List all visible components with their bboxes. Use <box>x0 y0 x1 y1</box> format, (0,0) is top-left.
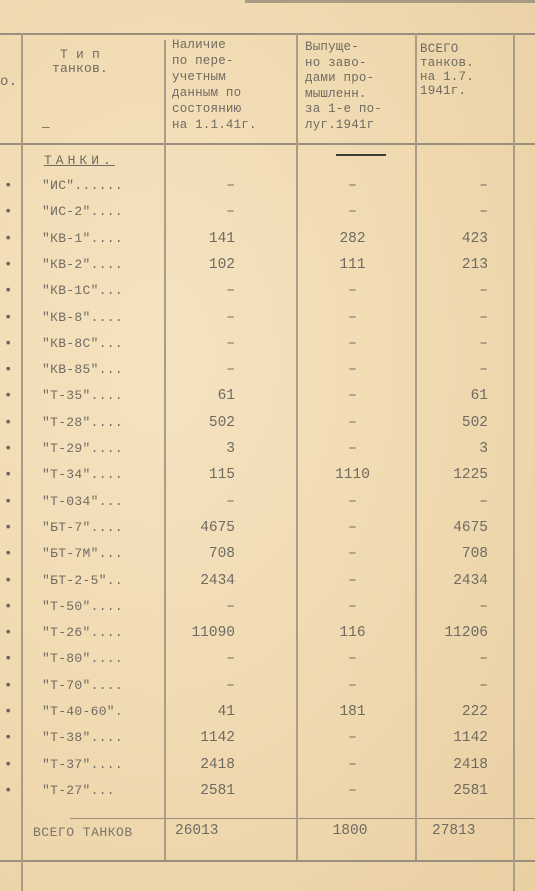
tank-type: "КВ-1".... <box>42 231 123 246</box>
produced-value: – <box>325 651 380 667</box>
available-value: 41 <box>180 704 235 720</box>
row-bullet: • <box>4 730 12 746</box>
row-bullet: • <box>4 441 12 457</box>
produced-value: – <box>325 730 380 746</box>
tank-type: "Т-34".... <box>42 467 123 482</box>
row-bullet: • <box>4 520 12 536</box>
total-value: 222 <box>430 704 488 720</box>
row-bullet: • <box>4 625 12 641</box>
produced-value: – <box>325 415 380 431</box>
available-value: – <box>180 678 235 694</box>
tank-type: "Т-27"... <box>42 783 115 798</box>
available-value: – <box>180 283 235 299</box>
total-value: 11206 <box>430 625 488 641</box>
produced-value: – <box>325 494 380 510</box>
header-bottom-rule <box>0 143 535 145</box>
produced-value: 111 <box>325 257 380 273</box>
tank-type: "КВ-8С"... <box>42 336 123 351</box>
total-value: 2581 <box>430 783 488 799</box>
available-value: 3 <box>180 441 235 457</box>
available-value: 61 <box>180 388 235 404</box>
tank-type: "ИС-2".... <box>42 204 123 219</box>
row-bullet: • <box>4 494 12 510</box>
tank-type: "Т-29".... <box>42 441 123 456</box>
available-value: – <box>180 494 235 510</box>
produced-value: 116 <box>325 625 380 641</box>
section-title-tanks: ТАНКИ. <box>44 153 115 168</box>
available-value: 708 <box>180 546 235 562</box>
available-value: – <box>180 310 235 326</box>
row-bullet: • <box>4 678 12 694</box>
tank-type: "КВ-2".... <box>42 257 123 272</box>
total-value: – <box>430 362 488 378</box>
tank-type: "Т-50".... <box>42 599 123 614</box>
total-value: 423 <box>430 231 488 247</box>
total-value: – <box>430 494 488 510</box>
produced-value: – <box>325 388 380 404</box>
available-value: 2581 <box>180 783 235 799</box>
tank-type: "БТ-7М"... <box>42 546 123 561</box>
produced-value: 181 <box>325 704 380 720</box>
col-rule-4 <box>415 33 417 860</box>
row-bullet: • <box>4 757 12 773</box>
total-value: 502 <box>430 415 488 431</box>
available-value: – <box>180 362 235 378</box>
produced-value: – <box>325 573 380 589</box>
tank-type: "Т-28".... <box>42 415 123 430</box>
available-value: – <box>180 178 235 194</box>
available-value: 2434 <box>180 573 235 589</box>
row-bullet: • <box>4 362 12 378</box>
total-value: 213 <box>430 257 488 273</box>
total-value: 2434 <box>430 573 488 589</box>
header-col-available: Наличие по пере- учетным данным по состо… <box>172 37 257 133</box>
tank-type: "Т-35".... <box>42 388 123 403</box>
row-bullet: • <box>4 415 12 431</box>
total-total: 27813 <box>432 823 492 839</box>
tank-type: "Т-26".... <box>42 625 123 640</box>
produced-value: – <box>325 520 380 536</box>
header-col-produced: Выпуще- но заво- дами про- мышленн. за 1… <box>305 40 382 133</box>
tank-type: "БТ-7".... <box>42 520 123 535</box>
available-value: 141 <box>180 231 235 247</box>
row-bullet: • <box>4 178 12 194</box>
col-rule-5 <box>513 33 515 891</box>
row-bullet: • <box>4 257 12 273</box>
produced-value: – <box>325 678 380 694</box>
produced-value: – <box>325 757 380 773</box>
total-value: 1225 <box>430 467 488 483</box>
tank-type: "БТ-2-5".. <box>42 573 123 588</box>
produced-value: 282 <box>325 231 380 247</box>
row-bullet: • <box>4 283 12 299</box>
total-value: – <box>430 678 488 694</box>
produced-value: – <box>325 178 380 194</box>
tank-type: "ИС"...... <box>42 178 123 193</box>
row-bullet: • <box>4 546 12 562</box>
produced-value: 1110 <box>325 467 380 483</box>
total-value: 61 <box>430 388 488 404</box>
row-bullet: • <box>4 336 12 352</box>
available-value: 102 <box>180 257 235 273</box>
available-value: 4675 <box>180 520 235 536</box>
produced-value: – <box>325 362 380 378</box>
total-value: 4675 <box>430 520 488 536</box>
tank-type: "Т-80".... <box>42 651 123 666</box>
pen-mark <box>336 154 386 156</box>
available-value: 502 <box>180 415 235 431</box>
total-available: 26013 <box>175 823 235 839</box>
produced-value: – <box>325 204 380 220</box>
produced-value: – <box>325 336 380 352</box>
header-top-rule <box>0 33 535 35</box>
top-edge-rule <box>245 0 535 3</box>
header-col-type-dash: — <box>42 122 50 135</box>
produced-value: – <box>325 441 380 457</box>
available-value: – <box>180 599 235 615</box>
produced-value: – <box>325 283 380 299</box>
total-label: ВСЕГО ТАНКОВ <box>33 825 133 840</box>
produced-value: – <box>325 310 380 326</box>
produced-value: – <box>325 599 380 615</box>
tank-type: "Т-38".... <box>42 730 123 745</box>
header-col-no: о. <box>0 76 17 89</box>
header-col-type: Т и п танков. <box>40 48 120 76</box>
total-value: – <box>430 651 488 667</box>
table-bottom-rule <box>0 860 535 862</box>
total-value: – <box>430 310 488 326</box>
available-value: 11090 <box>180 625 235 641</box>
row-bullet: • <box>4 204 12 220</box>
total-value: – <box>430 599 488 615</box>
tank-type: "Т-37".... <box>42 757 123 772</box>
tank-type: "Т-034"... <box>42 494 123 509</box>
total-value: 708 <box>430 546 488 562</box>
total-value: – <box>430 283 488 299</box>
total-value: 2418 <box>430 757 488 773</box>
produced-value: – <box>325 546 380 562</box>
available-value: – <box>180 204 235 220</box>
available-value: 115 <box>180 467 235 483</box>
tank-type: "Т-70".... <box>42 678 123 693</box>
available-value: – <box>180 651 235 667</box>
row-bullet: • <box>4 310 12 326</box>
produced-value: – <box>325 783 380 799</box>
total-value: 3 <box>430 441 488 457</box>
available-value: 2418 <box>180 757 235 773</box>
tank-type: "Т-40-60". <box>42 704 123 719</box>
tank-type: "КВ-85"... <box>42 362 123 377</box>
tank-type: "КВ-8".... <box>42 310 123 325</box>
row-bullet: • <box>4 388 12 404</box>
total-value: – <box>430 178 488 194</box>
col-rule-1 <box>21 33 23 891</box>
row-bullet: • <box>4 704 12 720</box>
row-bullet: • <box>4 467 12 483</box>
header-col-total: ВСЕГО танков. на 1.7. 1941г. <box>420 42 474 98</box>
available-value: – <box>180 336 235 352</box>
total-value: – <box>430 204 488 220</box>
col-rule-2 <box>164 40 166 860</box>
col-rule-3 <box>296 33 298 860</box>
total-value: – <box>430 336 488 352</box>
total-produced: 1800 <box>320 823 380 839</box>
row-bullet: • <box>4 573 12 589</box>
total-value: 1142 <box>430 730 488 746</box>
row-bullet: • <box>4 651 12 667</box>
tank-type: "КВ-1С"... <box>42 283 123 298</box>
row-bullet: • <box>4 599 12 615</box>
row-bullet: • <box>4 231 12 247</box>
available-value: 1142 <box>180 730 235 746</box>
row-bullet: • <box>4 783 12 799</box>
total-top-rule <box>70 818 535 819</box>
